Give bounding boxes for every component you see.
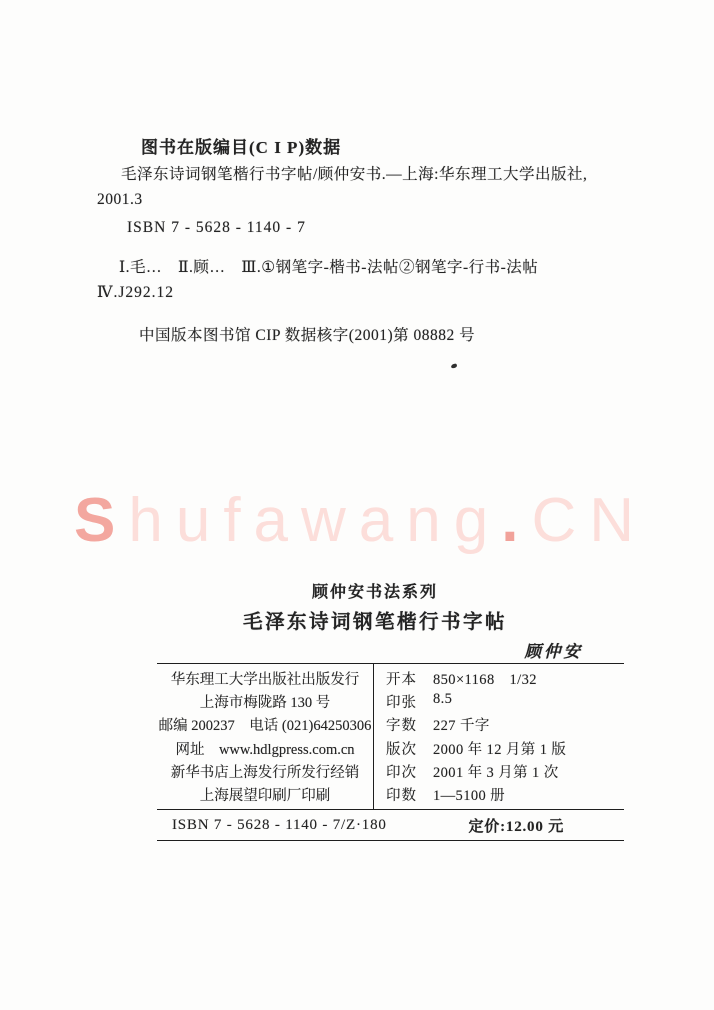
wordcount-row: 字数 227 千字 [386, 714, 624, 735]
watermark-middle: hufawang [128, 486, 501, 555]
edition-value: 2000 年 12 月第 1 版 [433, 738, 566, 759]
sheets-label: 印张 [386, 691, 417, 712]
format-label: 开本 [386, 668, 417, 689]
address-line: 上海市梅陇路 130 号 [157, 691, 373, 712]
colophon-footer: ISBN 7 - 5628 - 1140 - 7/Z·180 定价:12.00 … [157, 809, 624, 841]
watermark-suffix: CN [531, 486, 647, 555]
book-title: 毛泽东诗词钢笔楷行书字帖 [110, 606, 640, 634]
cip-isbn-line: ISBN 7 - 5628 - 1140 - 7 [127, 219, 306, 237]
printing-row: 印次 2001 年 3 月第 1 次 [386, 761, 624, 782]
colophon-body: 华东理工大学出版社出版发行 上海市梅陇路 130 号 邮编 200237 电话 … [157, 664, 624, 809]
sheets-value: 8.5 [433, 691, 452, 712]
edition-label: 版次 [386, 738, 417, 759]
format-row: 开本 850×1168 1/32 [386, 668, 624, 689]
postcode-phone-line: 邮编 200237 电话 (021)64250306 [157, 714, 373, 735]
printer-line: 上海展望印刷厂印刷 [157, 784, 373, 805]
colophon-table: 华东理工大学出版社出版发行 上海市梅陇路 130 号 邮编 200237 电话 … [157, 663, 624, 841]
edition-row: 版次 2000 年 12 月第 1 版 [386, 738, 624, 759]
author-signature: 顾仲安 [350, 638, 583, 662]
sheets-row: 印张 8.5 [386, 691, 624, 712]
cip-classification-line1: Ⅰ.毛… Ⅱ.顾… Ⅲ.①钢笔字-楷书-法帖②钢笔字-行书-法帖 [119, 255, 538, 277]
cip-classification-line2: Ⅳ.J292.12 [97, 283, 174, 302]
scanned-book-page: 图书在版编目(C I P)数据 毛泽东诗词钢笔楷行书字帖/顾仲安书.—上海:华东… [0, 0, 714, 1010]
footer-price: 定价:12.00 元 [469, 815, 625, 836]
watermark-shufawang: Shufawang.CN [74, 486, 647, 556]
copies-label: 印数 [386, 784, 417, 805]
cip-header: 图书在版编目(C I P)数据 [141, 133, 341, 158]
printing-value: 2001 年 3 月第 1 次 [433, 761, 559, 782]
copies-value: 1—5100 册 [433, 784, 505, 805]
ink-speck [451, 363, 458, 369]
publisher-line: 华东理工大学出版社出版发行 [157, 668, 373, 689]
format-value: 850×1168 1/32 [433, 668, 537, 689]
cip-record-number: 中国版本图书馆 CIP 数据核字(2001)第 08882 号 [139, 323, 475, 345]
watermark-initial: S [74, 486, 128, 555]
watermark-dot: . [501, 486, 531, 555]
publisher-column: 华东理工大学出版社出版发行 上海市梅陇路 130 号 邮编 200237 电话 … [157, 664, 373, 809]
footer-isbn: ISBN 7 - 5628 - 1140 - 7/Z·180 [157, 817, 387, 834]
website-line: 网址 www.hdlgpress.com.cn [157, 738, 373, 759]
series-title: 顾仲安书法系列 [110, 579, 640, 602]
print-spec-column: 开本 850×1168 1/32 印张 8.5 字数 227 千字 版次 200… [373, 664, 624, 809]
wordcount-label: 字数 [386, 714, 417, 735]
cip-entry-line1: 毛泽东诗词钢笔楷行书字帖/顾仲安书.—上海:华东理工大学出版社, [121, 162, 587, 184]
distributor-line: 新华书店上海发行所发行经销 [157, 761, 373, 782]
printing-label: 印次 [386, 761, 417, 782]
wordcount-value: 227 千字 [433, 714, 490, 735]
copies-row: 印数 1—5100 册 [386, 784, 624, 805]
cip-entry-line2: 2001.3 [97, 191, 143, 209]
